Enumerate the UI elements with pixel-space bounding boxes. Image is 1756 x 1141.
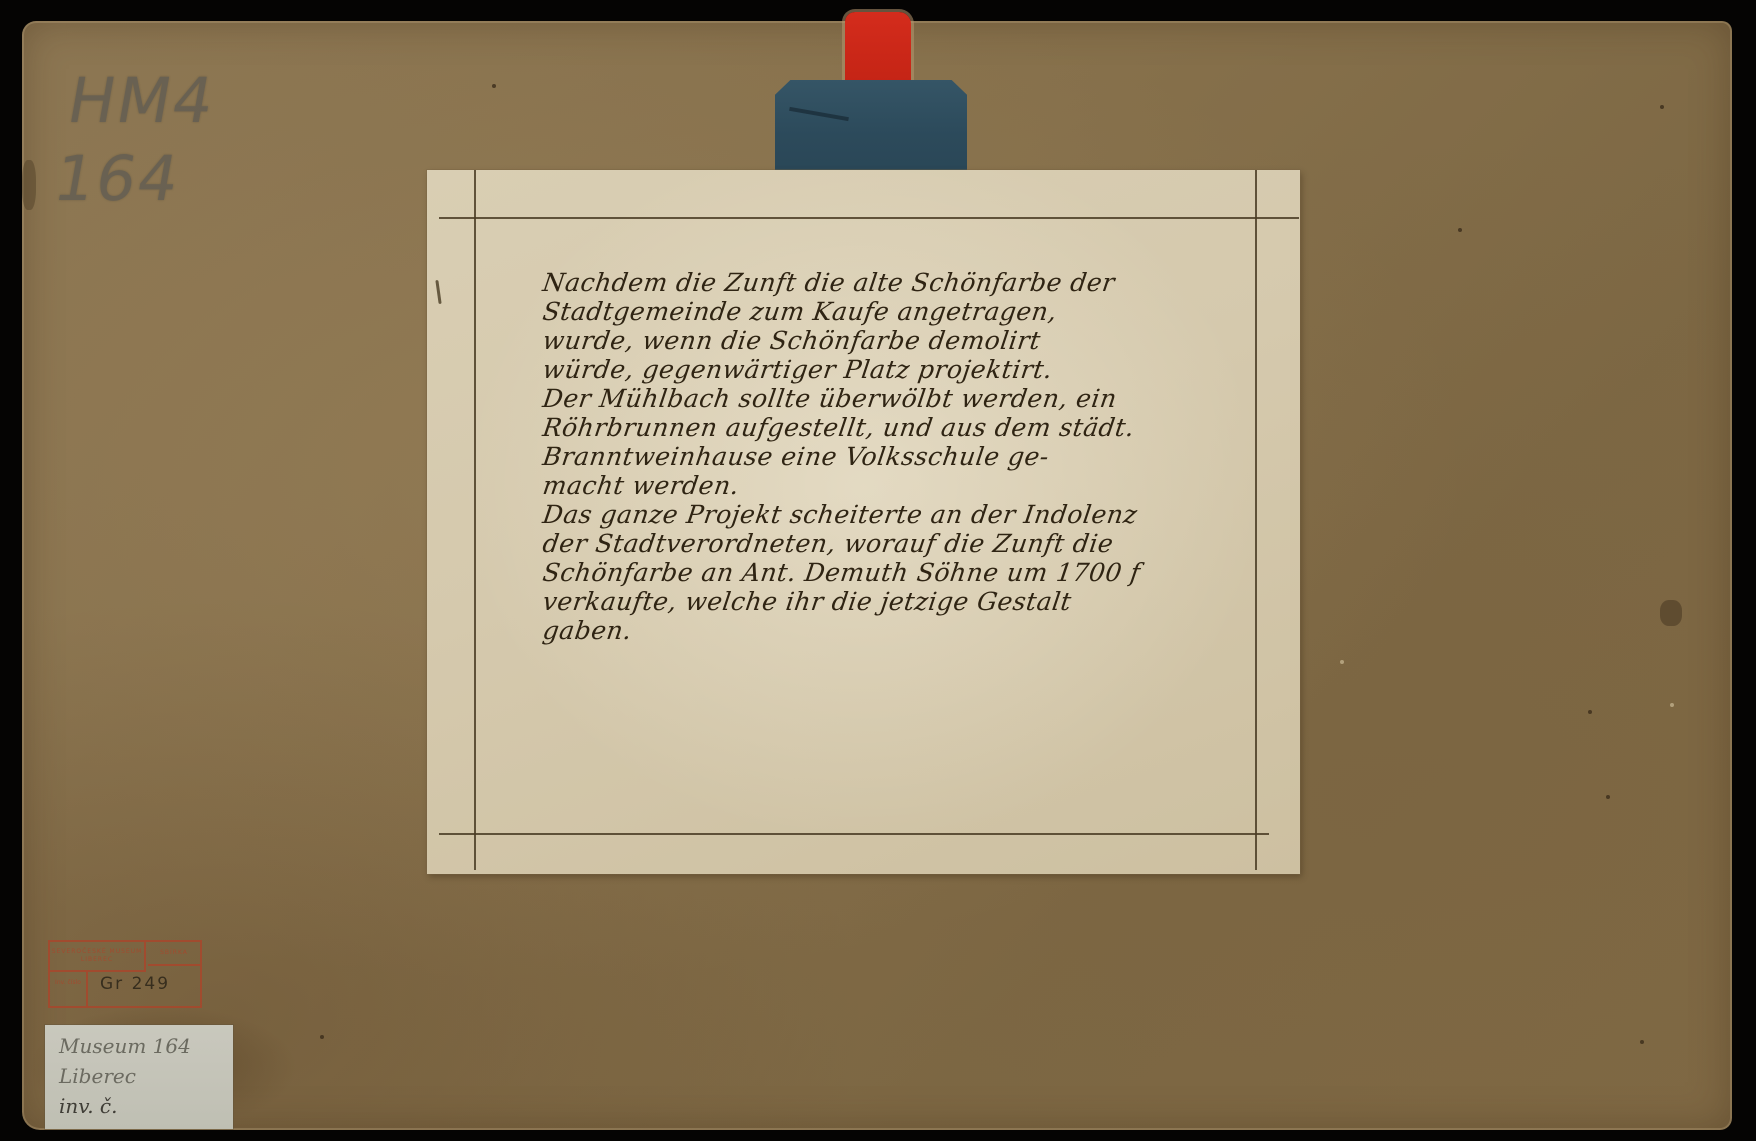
note-line: verkaufte, welche ihr die jetzige Gestal… <box>541 587 1265 616</box>
note-line: macht werden. <box>541 471 1265 500</box>
speck <box>492 84 496 88</box>
inventory-label-line-3: inv. č. <box>59 1091 233 1121</box>
stamp-sub-label: Inv. číslo <box>50 972 88 1006</box>
note-line: der Stadtverordneten, worauf die Zunft d… <box>541 529 1265 558</box>
speck <box>320 1035 324 1039</box>
note-line: Röhrbrunnen aufgestellt, und aus dem stä… <box>541 413 1265 442</box>
note-bottom-rule <box>439 833 1269 835</box>
stamp-header-left: SEVEROČESKÉ MUSEUM LIBEREC <box>50 942 146 972</box>
note-line: wurde, wenn die Schönfarbe demolirt <box>541 326 1265 355</box>
speck <box>1640 1040 1644 1044</box>
stain <box>1660 600 1682 626</box>
note-line: Branntweinhause eine Volksschule ge- <box>541 442 1265 471</box>
pencil-mark-line-1: HM4 <box>62 62 226 140</box>
speck <box>1670 703 1674 707</box>
note-line: Der Mühlbach sollte überwölbt werden, ei… <box>541 384 1265 413</box>
note-line: gaben. <box>541 616 1265 645</box>
note-line: Stadtgemeinde zum Kaufe angetragen, <box>541 297 1265 326</box>
inventory-label: Museum 164 Liberec inv. č. <box>45 1025 233 1129</box>
stain <box>22 160 36 210</box>
note-line: würde, gegenwärtiger Platz projektirt. <box>541 355 1265 384</box>
blue-hanging-tab <box>775 80 967 172</box>
note-margin-mark <box>435 280 441 304</box>
stamp-inventory-number: Gr 249 <box>100 974 170 994</box>
note-line: Schönfarbe an Ant. Demuth Söhne um 1700 … <box>541 558 1265 587</box>
handwritten-note: Nachdem die Zunft die alte Schönfarbe de… <box>427 170 1300 874</box>
speck <box>1588 710 1592 714</box>
speck <box>1340 660 1344 664</box>
museum-stamp: SEVEROČESKÉ MUSEUM LIBEREC SBÍRKA Inv. č… <box>48 940 202 1008</box>
pencil-mark-line-2: 164 <box>48 140 212 218</box>
note-line: Nachdem die Zunft die alte Schönfarbe de… <box>541 268 1265 297</box>
speck <box>1660 105 1664 109</box>
pencil-inventory-mark: HM4 164 <box>48 62 226 218</box>
note-top-rule <box>439 217 1299 219</box>
note-line: Das ganze Projekt scheiterte an der Indo… <box>541 500 1265 529</box>
note-left-rule <box>474 170 476 870</box>
speck <box>1458 228 1462 232</box>
stamp-header-right: SBÍRKA <box>148 942 200 966</box>
note-text: Nachdem die Zunft die alte Schönfarbe de… <box>543 268 1263 645</box>
red-hanging-ribbon <box>845 12 911 84</box>
speck <box>1606 795 1610 799</box>
inventory-label-line-2: Liberec <box>59 1061 233 1091</box>
inventory-label-line-1: Museum 164 <box>59 1031 233 1061</box>
